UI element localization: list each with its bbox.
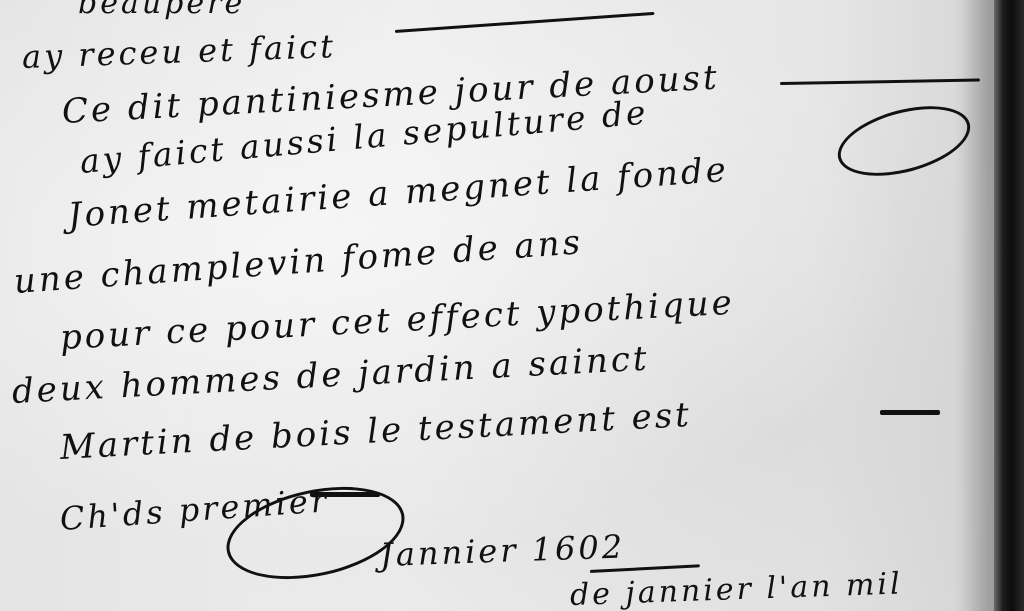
line-2-flourish-rule — [395, 12, 655, 33]
manuscript-page: beaupere ay receu et faict Ce dit pantin… — [0, 0, 1024, 611]
line-9-end-stroke — [880, 410, 940, 415]
manuscript-line-12: de jannier l'an mil — [569, 566, 903, 611]
manuscript-line-2: ay receu et faict — [21, 27, 336, 76]
manuscript-line-1: beaupere — [78, 0, 245, 21]
signature-top-rule — [310, 492, 380, 497]
binding-shadow — [954, 0, 994, 611]
manuscript-line-11-date: Jannier 1602 — [379, 527, 625, 574]
line-3-underline-rule — [780, 79, 980, 85]
manuscript-line-9: Martin de bois le testament est — [59, 395, 693, 468]
book-binding-edge — [994, 0, 1024, 611]
manuscript-line-6: une champlevin fome de ans — [13, 222, 585, 302]
